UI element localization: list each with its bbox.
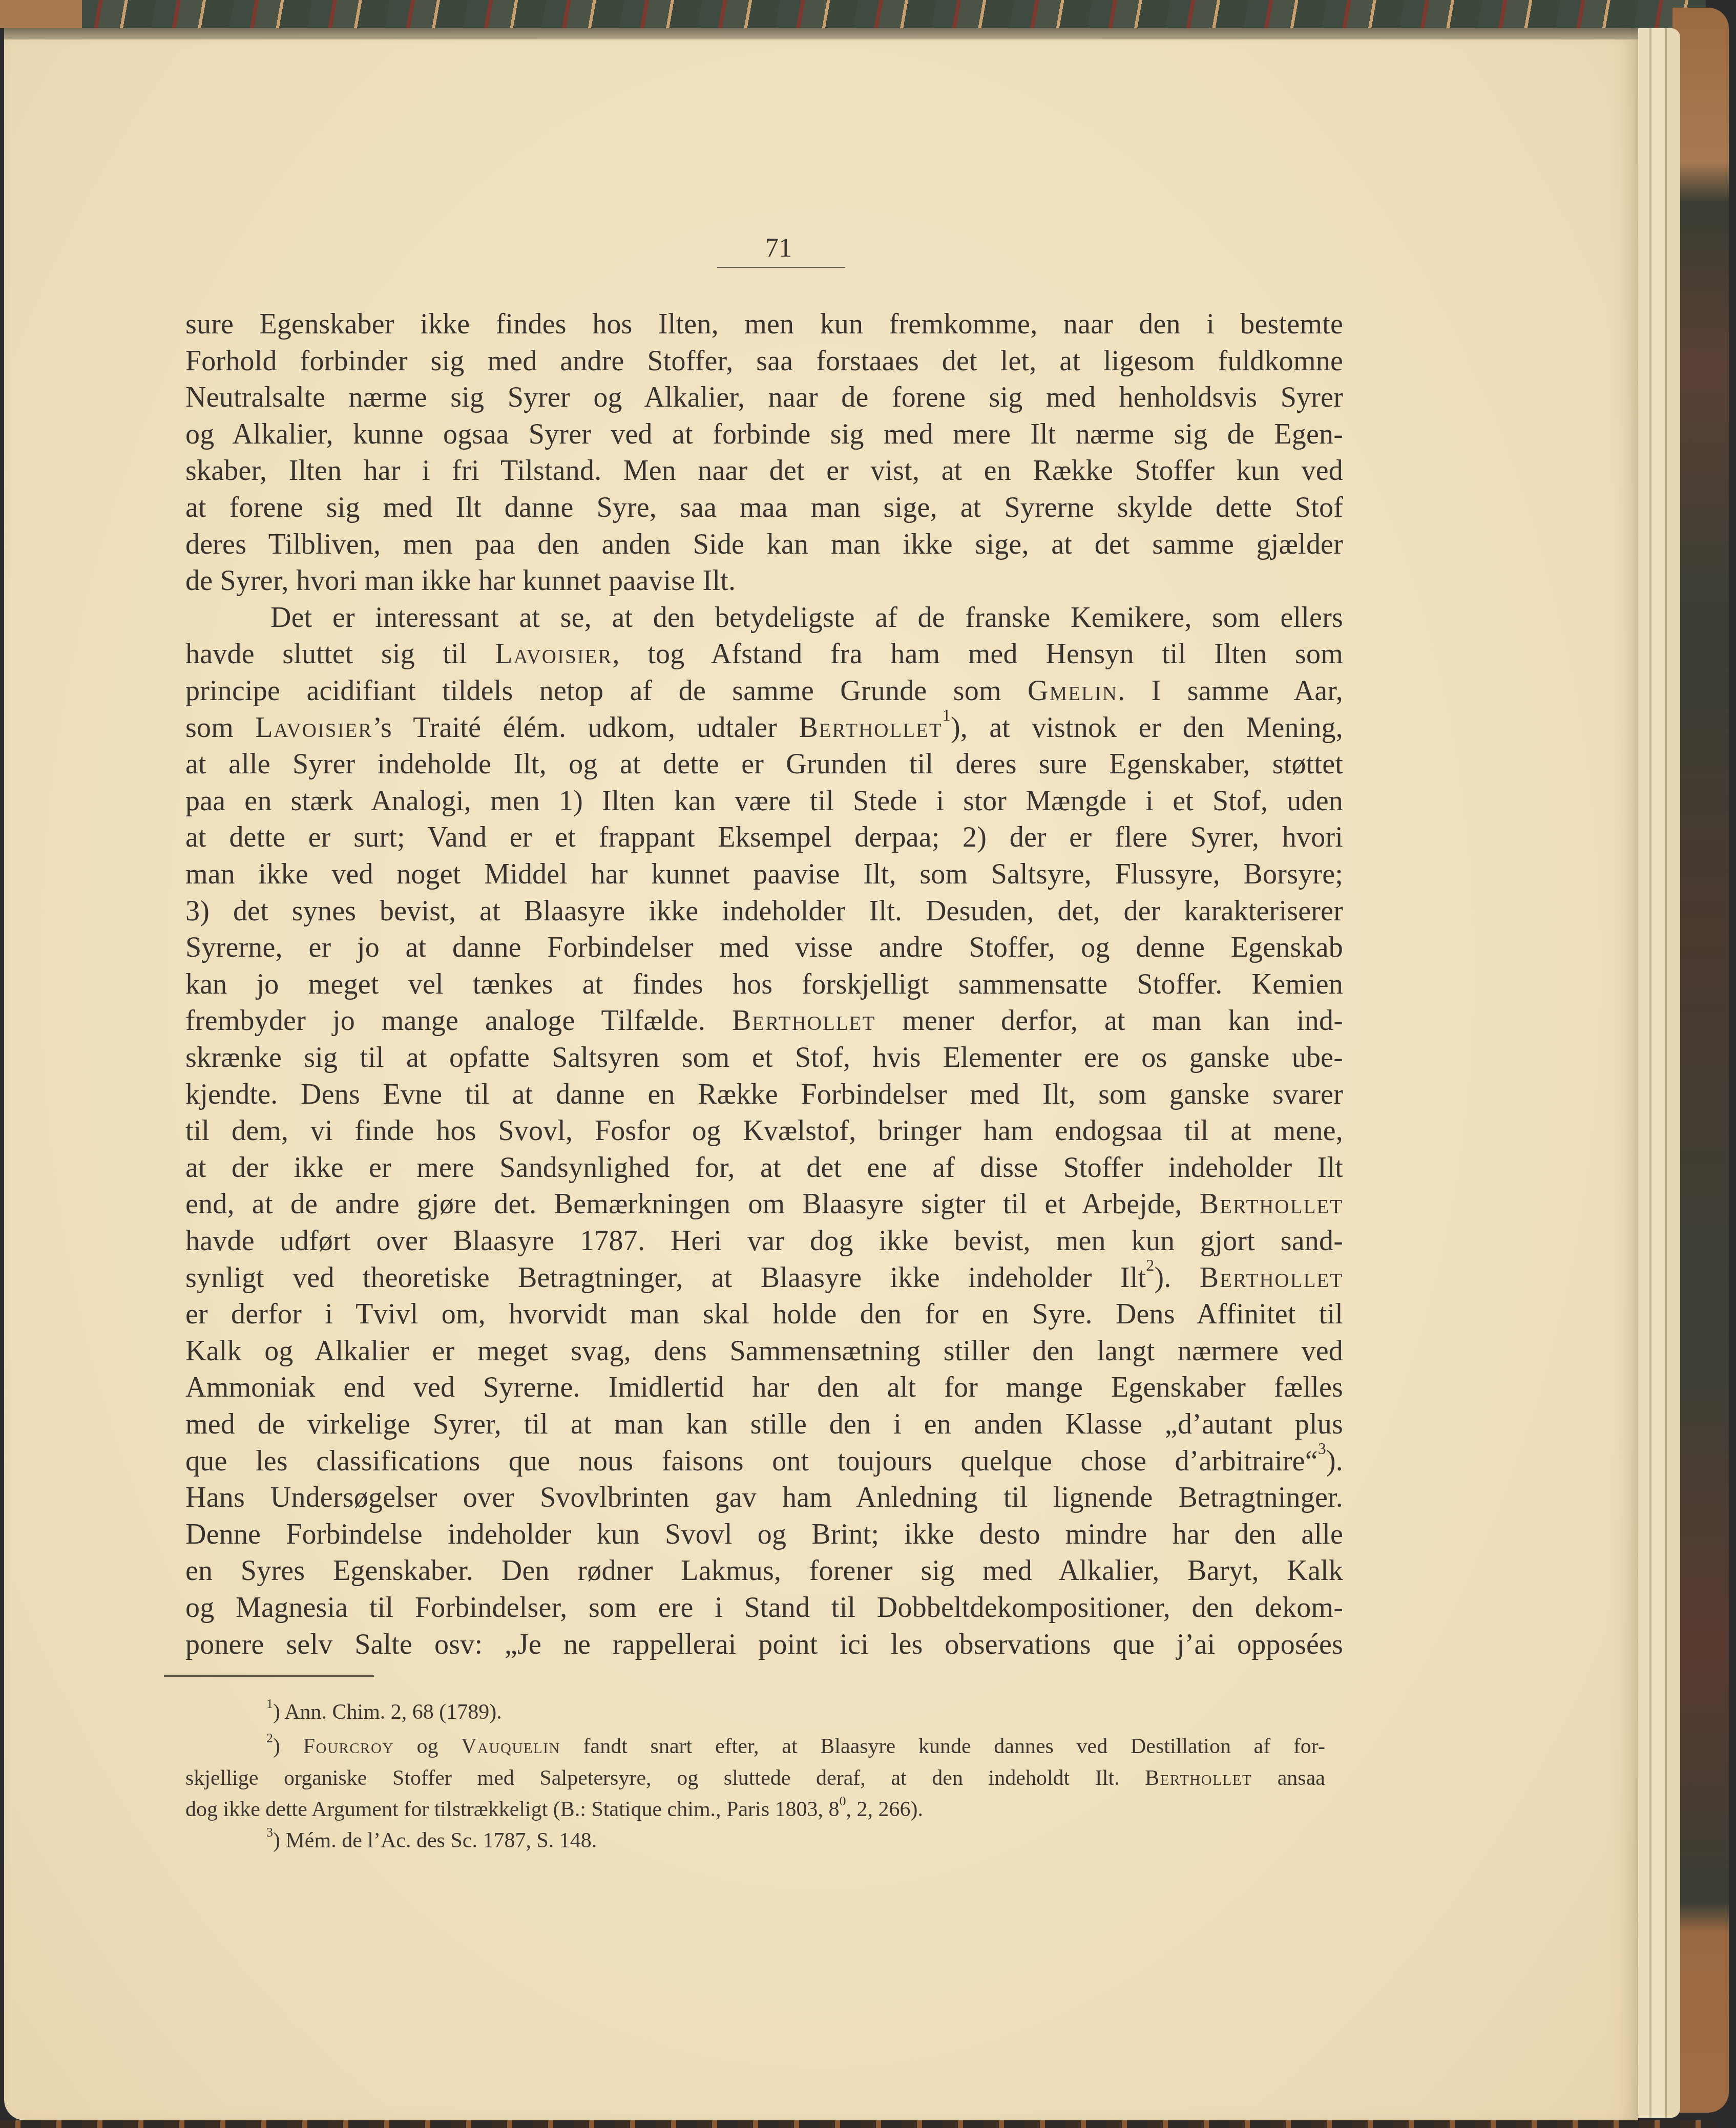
text-run: principe acidifiant tildels netop af de …	[185, 675, 1028, 707]
text-run: skaber, Ilten har i fri Tilstand. Men na…	[185, 455, 1343, 487]
footnote-line: skjellige organiske Stoffer med Salpeter…	[185, 1765, 1325, 1791]
marbled-edge-top	[0, 0, 1706, 28]
text-line: og Magnesia til Forbindelser, som ere i …	[185, 1590, 1343, 1626]
text-run: 3) det synes bevist, at Blaasyre ikke in…	[185, 895, 1343, 927]
small-caps-name: Vauquelin	[461, 1735, 560, 1758]
text-line: end, at de andre gjøre det. Bemærkningen…	[185, 1186, 1343, 1222]
footnote-marker: 0	[840, 1794, 846, 1808]
small-caps-name: Gmelin	[1028, 675, 1118, 707]
text-run: til dem, vi finde hos Svovl, Fosfor og K…	[185, 1115, 1343, 1147]
text-run: ’s Traité élém. udkom, udtaler	[372, 712, 799, 744]
text-run: havde sluttet sig til	[185, 638, 495, 670]
text-line: sure Egenskaber ikke findes hos Ilten, m…	[185, 306, 1343, 342]
text-run: Neutralsalte nærme sig Syrer og Alkalier…	[185, 382, 1343, 413]
footnote-marker: 2	[1146, 1256, 1154, 1274]
text-run: skrænke sig til at opfatte Saltsyren som…	[185, 1042, 1343, 1073]
page-number-rule	[717, 267, 845, 268]
text-line: kan jo meget vel tænkes at findes hos fo…	[185, 966, 1343, 1002]
text-run: frembyder jo mange analoge Tilfælde.	[185, 1005, 732, 1037]
text-run: havde udført over Blaasyre 1787. Heri va…	[185, 1225, 1343, 1257]
text-line: kjendte. Dens Evne til at danne en Række…	[185, 1077, 1343, 1112]
text-run: sure Egenskaber ikke findes hos Ilten, m…	[185, 308, 1343, 340]
footnote-marker: 1	[943, 706, 951, 724]
text-run: og	[394, 1735, 461, 1758]
text-line: Ammoniak end ved Syrerne. Imidlertid har…	[185, 1369, 1343, 1405]
text-run: ) Mém. de l’Ac. des Sc. 1787, S. 148.	[273, 1829, 597, 1852]
text-line: que les classifications que nous faisons…	[185, 1443, 1343, 1479]
marbled-edge-bottom	[0, 2120, 1716, 2128]
text-line: synligt ved theoretiske Betragtninger, a…	[185, 1260, 1343, 1296]
text-line: Kalk og Alkalier er meget svag, dens Sam…	[185, 1333, 1343, 1369]
text-line: til dem, vi finde hos Svovl, Fosfor og K…	[185, 1113, 1343, 1149]
text-line: skaber, Ilten har i fri Tilstand. Men na…	[185, 453, 1343, 489]
text-run: at dette er surt; Vand er et frappant Ek…	[185, 821, 1343, 853]
small-caps-name: Fourcroy	[303, 1735, 394, 1758]
footnote-marker: 1	[266, 1696, 273, 1711]
footnote-line: 2) Fourcroy og Vauquelin fandt snart eft…	[266, 1734, 1325, 1759]
text-line: og Alkalier, kunne ogsaa Syrer ved at fo…	[185, 416, 1343, 452]
text-run: man ikke ved noget Middel har kunnet paa…	[185, 858, 1343, 890]
text-line: at alle Syrer indeholde Ilt, og at dette…	[185, 746, 1343, 782]
text-line: at der ikke er mere Sandsynlighed for, a…	[185, 1150, 1343, 1186]
page-top-edge	[4, 28, 1638, 39]
text-run: Ammoniak end ved Syrerne. Imidlertid har…	[185, 1372, 1343, 1403]
text-run: kjendte. Dens Evne til at danne en Række…	[185, 1079, 1343, 1110]
text-run: skjellige organiske Stoffer med Salpeter…	[185, 1766, 1145, 1790]
text-run: er derfor i Tvivl om, hvorvidt man skal …	[185, 1298, 1343, 1330]
text-run: Forhold forbinder sig med andre Stoffer,…	[185, 345, 1343, 377]
text-line: havde udført over Blaasyre 1787. Heri va…	[185, 1223, 1343, 1259]
text-run: ) Ann. Chim. 2, 68 (1789).	[273, 1700, 502, 1724]
text-run: )	[273, 1735, 303, 1758]
text-line: frembyder jo mange analoge Tilfælde. Ber…	[185, 1003, 1343, 1039]
small-caps-name: Berthollet	[1200, 1188, 1343, 1220]
leather-corner	[0, 0, 82, 28]
text-line: som Lavoisier’s Traité élém. udkom, udta…	[185, 710, 1343, 746]
text-line: deres Tilbliven, men paa den anden Side …	[185, 526, 1343, 562]
page-number: 71	[763, 233, 794, 263]
text-run: ), at vistnok er den Mening,	[951, 712, 1343, 744]
text-run: som	[185, 712, 255, 744]
text-run: Syrerne, er jo at danne Forbindelser med…	[185, 932, 1343, 963]
text-run: , tog Afstand fra ham med Hensyn til Ilt…	[612, 638, 1343, 670]
text-line: principe acidifiant tildels netop af de …	[185, 673, 1343, 709]
text-run: . I samme Aar,	[1118, 675, 1343, 707]
text-run: que les classifications que nous faisons…	[185, 1445, 1318, 1477]
text-line: en Syres Egenskaber. Den rødner Lakmus, …	[185, 1553, 1343, 1589]
text-line: er derfor i Tvivl om, hvorvidt man skal …	[185, 1296, 1343, 1332]
footnote-marker: 3	[266, 1825, 273, 1840]
text-run: og Alkalier, kunne ogsaa Syrer ved at fo…	[185, 418, 1343, 450]
text-line: de Syrer, hvori man ikke har kunnet paav…	[185, 563, 1343, 599]
text-line: at forene sig med Ilt danne Syre, saa ma…	[185, 490, 1343, 525]
text-run: at forene sig med Ilt danne Syre, saa ma…	[185, 492, 1343, 523]
text-run: og Magnesia til Forbindelser, som ere i …	[185, 1592, 1343, 1624]
footnote-line: dog ikke dette Argument for tilstrækkeli…	[185, 1797, 1325, 1822]
text-line: Syrerne, er jo at danne Forbindelser med…	[185, 930, 1343, 965]
text-run: fandt snart efter, at Blaasyre kunde dan…	[560, 1735, 1325, 1758]
text-line: med de virkelige Syrer, til at man kan s…	[185, 1406, 1343, 1442]
text-line: ponere selv Salte osv: „Je ne rappellera…	[185, 1627, 1343, 1662]
text-run: Denne Forbindelse indeholder kun Svovl o…	[185, 1519, 1343, 1550]
text-run: ponere selv Salte osv: „Je ne rappellera…	[185, 1629, 1343, 1660]
text-run: , 2, 266).	[846, 1798, 924, 1821]
small-caps-name: Berthollet	[1145, 1766, 1252, 1790]
text-line: Hans Undersøgelser over Svovlbrinten gav…	[185, 1480, 1343, 1515]
text-run: Det er interessant at se, at den betydel…	[270, 602, 1343, 634]
text-run: Kalk og Alkalier er meget svag, dens Sam…	[185, 1335, 1343, 1367]
text-line: Denne Forbindelse indeholder kun Svovl o…	[185, 1516, 1343, 1552]
text-line: skrænke sig til at opfatte Saltsyren som…	[185, 1040, 1343, 1076]
small-caps-name: Lavoisier	[495, 638, 612, 670]
text-line: 3) det synes bevist, at Blaasyre ikke in…	[185, 893, 1343, 929]
small-caps-name: Berthollet	[732, 1005, 875, 1037]
small-caps-name: Berthollet	[799, 712, 942, 744]
text-run: paa en stærk Analogi, men 1) Ilten kan v…	[185, 785, 1343, 817]
text-run: en Syres Egenskaber. Den rødner Lakmus, …	[185, 1555, 1343, 1587]
text-run: med de virkelige Syrer, til at man kan s…	[185, 1408, 1343, 1440]
text-run: mener derfor, at man kan ind-	[875, 1005, 1343, 1037]
text-line: paa en stærk Analogi, men 1) Ilten kan v…	[185, 783, 1343, 819]
footnote-line: 3) Mém. de l’Ac. des Sc. 1787, S. 148.	[266, 1828, 1325, 1853]
text-run: dog ikke dette Argument for tilstrækkeli…	[185, 1798, 840, 1821]
text-run: synligt ved theoretiske Betragtninger, a…	[185, 1262, 1146, 1294]
text-run: Hans Undersøgelser over Svovlbrinten gav…	[185, 1482, 1343, 1513]
text-line: Forhold forbinder sig med andre Stoffer,…	[185, 343, 1343, 379]
small-caps-name: Berthollet	[1200, 1262, 1343, 1294]
text-line: at dette er surt; Vand er et frappant Ek…	[185, 819, 1343, 855]
footnote-separator	[164, 1675, 374, 1677]
text-run: at der ikke er mere Sandsynlighed for, a…	[185, 1152, 1343, 1184]
text-line: Det er interessant at se, at den betydel…	[270, 600, 1343, 636]
text-line: havde sluttet sig til Lavoisier, tog Afs…	[185, 636, 1343, 672]
footnote-marker: 3	[1318, 1439, 1326, 1458]
footnote-marker: 2	[266, 1731, 273, 1745]
small-caps-name: Lavoisier	[255, 712, 372, 744]
book-binding-right	[1672, 8, 1729, 2113]
text-run: ).	[1154, 1262, 1199, 1294]
text-run: end, at de andre gjøre det. Bemærkningen…	[185, 1188, 1200, 1220]
text-run: deres Tilbliven, men paa den anden Side …	[185, 529, 1343, 560]
text-run: ansaa	[1252, 1766, 1325, 1790]
text-run: kan jo meget vel tænkes at findes hos fo…	[185, 968, 1343, 1000]
text-run: de Syrer, hvori man ikke har kunnet paav…	[185, 565, 736, 597]
footnote-line: 1) Ann. Chim. 2, 68 (1789).	[266, 1699, 1325, 1725]
text-run: at alle Syrer indeholde Ilt, og at dette…	[185, 748, 1343, 780]
text-line: man ikke ved noget Middel har kunnet paa…	[185, 856, 1343, 892]
text-run: ).	[1326, 1445, 1343, 1477]
text-line: Neutralsalte nærme sig Syrer og Alkalier…	[185, 380, 1343, 415]
